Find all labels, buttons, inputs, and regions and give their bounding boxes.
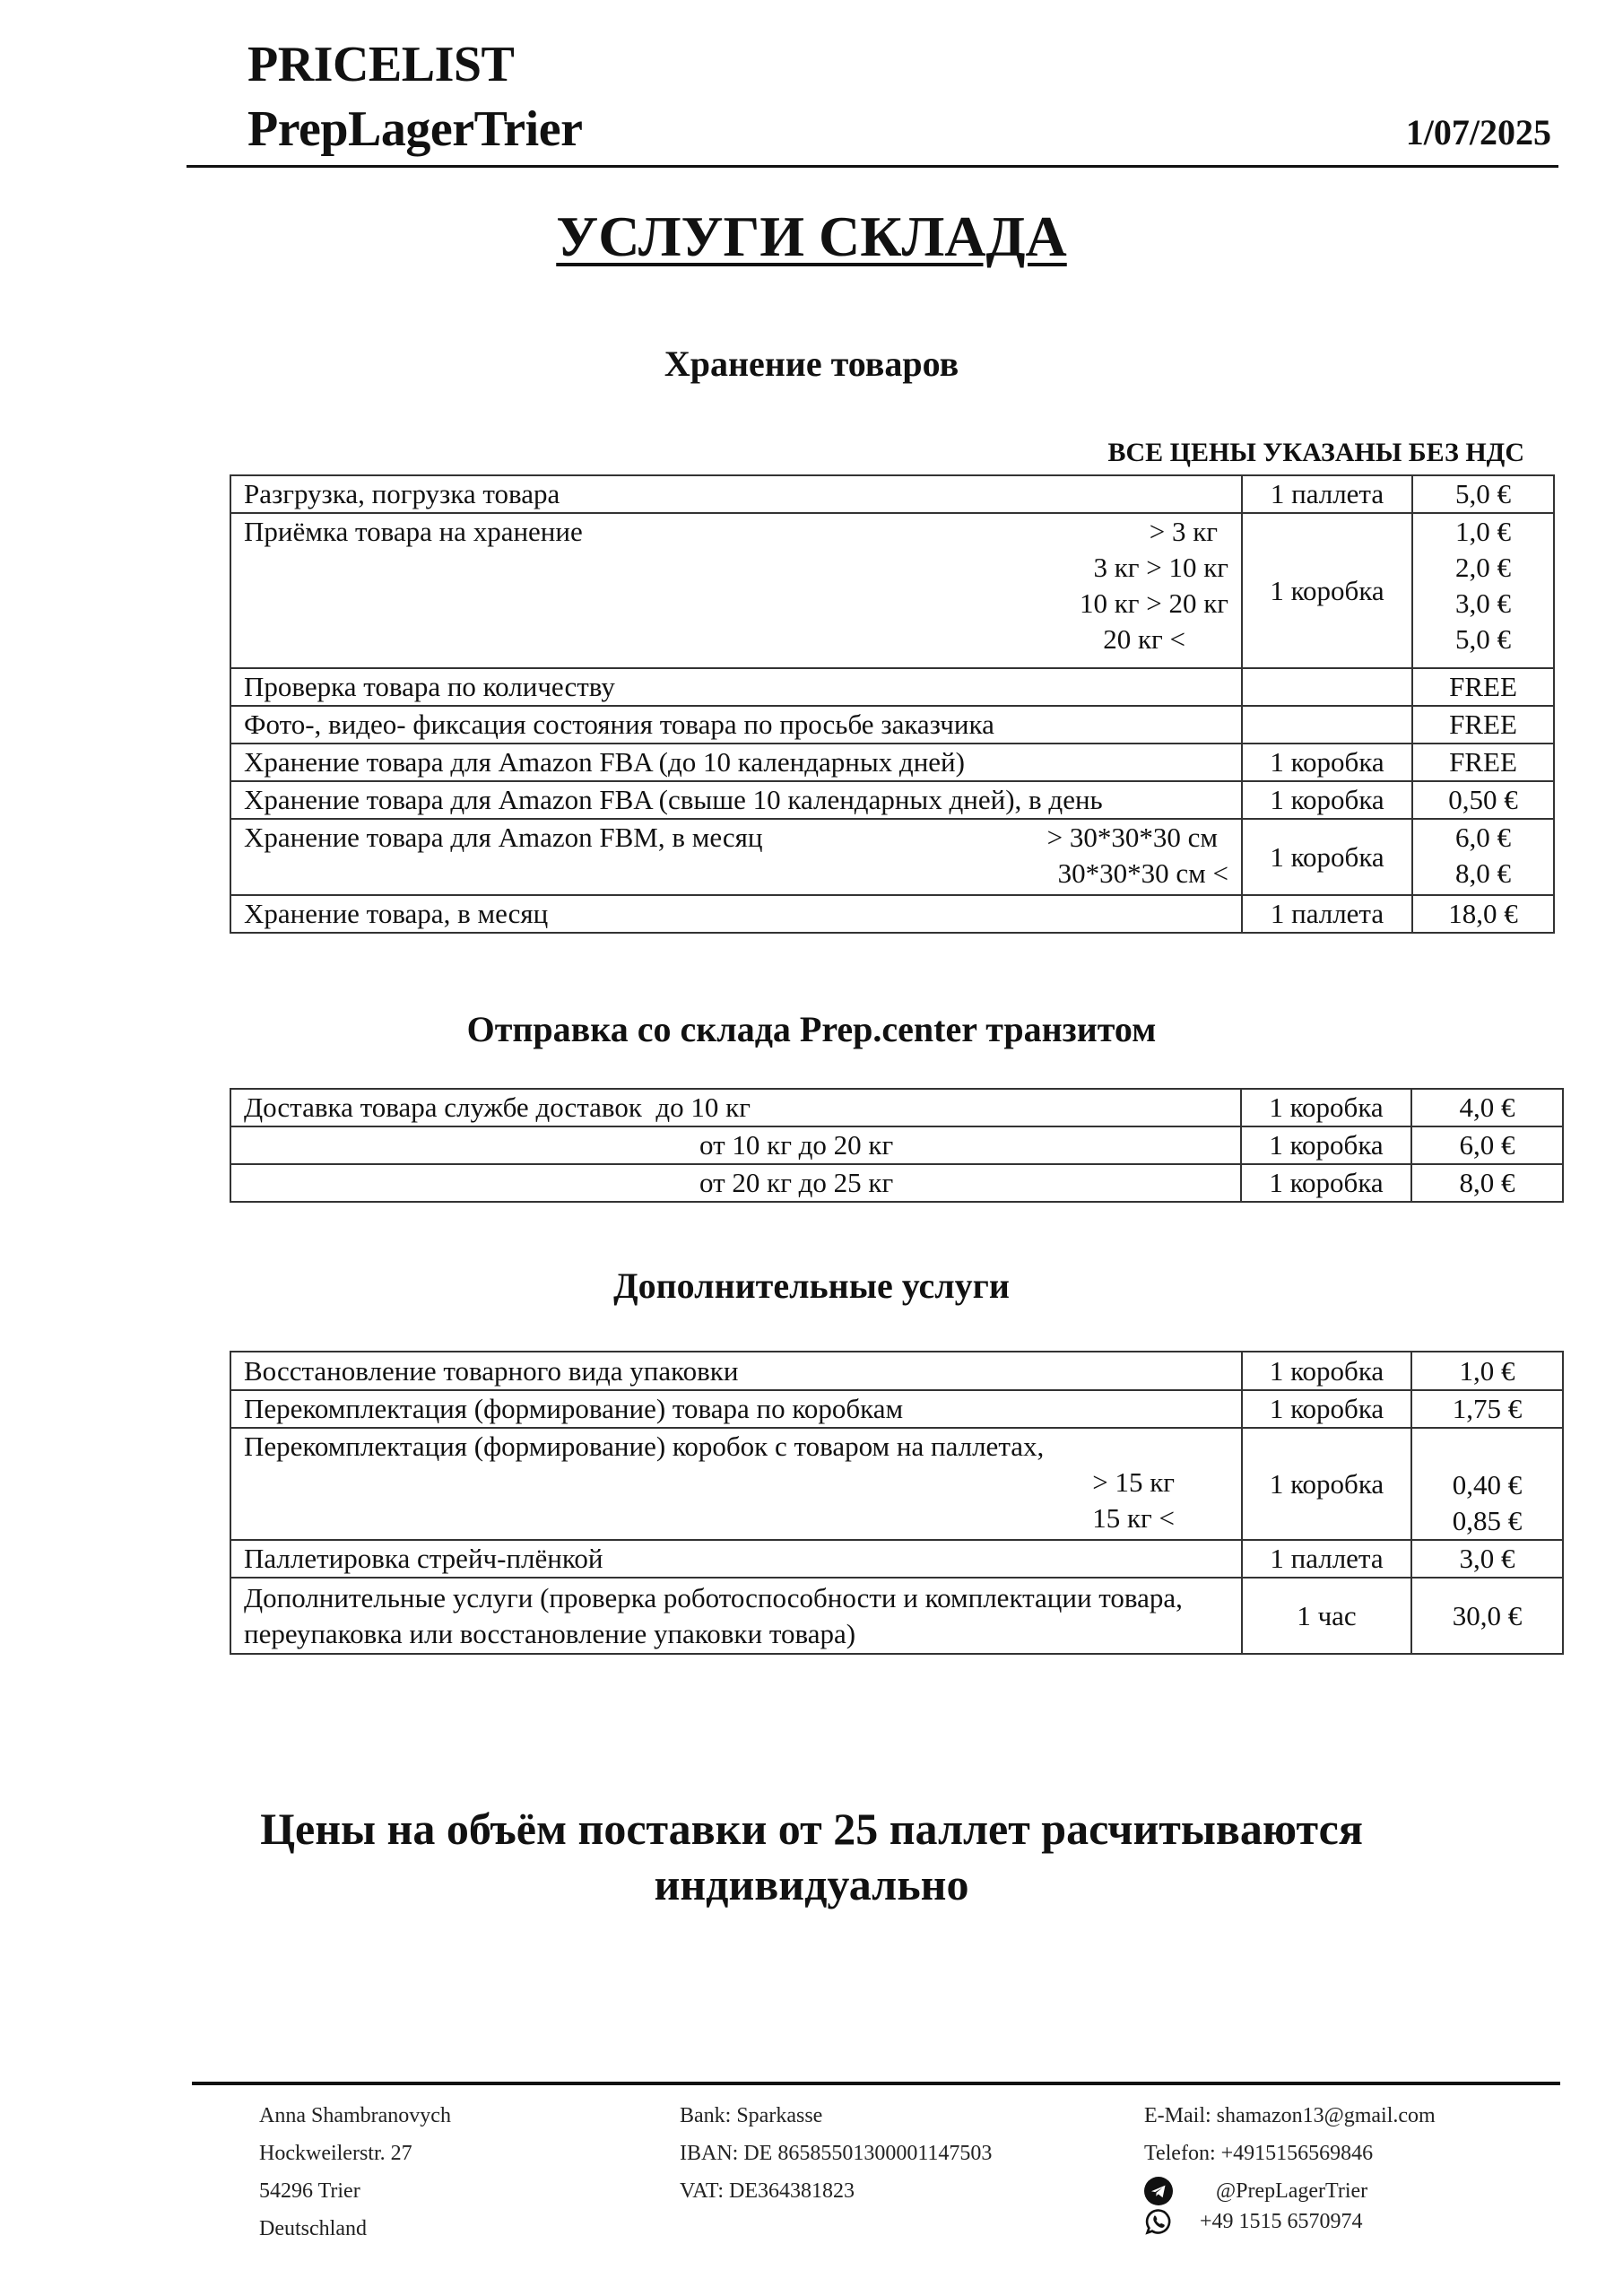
row-price: 4,0 € xyxy=(1411,1089,1563,1126)
size-tier: > 30*30*30 см xyxy=(1047,820,1228,856)
tier-price: 2,0 € xyxy=(1426,550,1541,586)
contact-name: Anna Shambranovych xyxy=(259,2097,451,2135)
row-description: Хранение товара для Amazon FBA (до 10 ка… xyxy=(230,744,1242,781)
main-heading: УСЛУГИ СКЛАДА xyxy=(0,208,1623,265)
telegram-icon xyxy=(1144,2177,1173,2205)
tier-price: 0,85 € xyxy=(1425,1503,1549,1539)
weight-tier: > 3 кг xyxy=(1080,514,1228,550)
tier-price: 6,0 € xyxy=(1426,820,1541,856)
email-link[interactable]: E-Mail: shamazon13@gmail.com xyxy=(1144,2097,1436,2135)
storage-price-table: Разгрузка, погрузка товара 1 паллета 5,0… xyxy=(230,474,1555,934)
row-unit: 1 коробка xyxy=(1242,1390,1411,1428)
row-unit: 1 коробка xyxy=(1242,1428,1411,1540)
table-row: Хранение товара, в месяц 1 паллета 18,0 … xyxy=(230,895,1554,933)
table-row: Хранение товара для Amazon FBA (свыше 10… xyxy=(230,781,1554,819)
company-name: PrepLagerTrier xyxy=(247,104,582,154)
table-row: Приёмка товара на хранение > 3 кг 3 кг >… xyxy=(230,513,1554,668)
row-unit: 1 коробка xyxy=(1242,781,1412,819)
row-price: 1,75 € xyxy=(1411,1390,1563,1428)
row-description: Перекомплектация (формирование) коробок … xyxy=(230,1428,1242,1540)
row-price: 0,50 € xyxy=(1412,781,1554,819)
row-price: FREE xyxy=(1412,744,1554,781)
table-row: Проверка товара по количеству FREE xyxy=(230,668,1554,706)
weight-tier: 20 кг < xyxy=(1080,622,1228,657)
table-row: Хранение товара для Amazon FBM, в месяц … xyxy=(230,819,1554,895)
iban: IBAN: DE 86585501300001147503 xyxy=(680,2135,992,2172)
row-unit: 1 коробка xyxy=(1242,744,1412,781)
country: Deutschland xyxy=(259,2210,451,2248)
size-tier: 30*30*30 см < xyxy=(1047,856,1228,891)
section-title-shipping: Отправка со склада Prep.center транзитом xyxy=(0,1012,1623,1048)
table-row: Фото-, видео- фиксация состояния товара … xyxy=(230,706,1554,744)
row-price: 8,0 € xyxy=(1411,1164,1563,1202)
footer-bank: Bank: Sparkasse IBAN: DE 865855013000011… xyxy=(680,2097,992,2210)
tier-price: 0,40 € xyxy=(1425,1467,1549,1503)
table-row: Разгрузка, погрузка товара 1 паллета 5,0… xyxy=(230,475,1554,513)
section-title-storage: Хранение товаров xyxy=(0,346,1623,382)
row-price: 6,0 € xyxy=(1411,1126,1563,1164)
whatsapp-icon xyxy=(1144,2207,1173,2236)
table-row: Хранение товара для Amazon FBA (до 10 ка… xyxy=(230,744,1554,781)
footer-divider xyxy=(192,2082,1560,2085)
bulk-pricing-note: Цены на объём поставки от 25 паллет расч… xyxy=(0,1801,1623,1912)
row-price: FREE xyxy=(1412,706,1554,744)
row-description: от 20 кг до 25 кг xyxy=(230,1164,1241,1202)
row-unit: 1 коробка xyxy=(1241,1164,1411,1202)
row-unit: 1 паллета xyxy=(1242,475,1412,513)
table-row: Перекомплектация (формирование) коробок … xyxy=(230,1428,1563,1540)
bulk-note-line: индивидуально xyxy=(0,1857,1623,1912)
table-row: Доставка товара службе доставок до 10 кг… xyxy=(230,1089,1563,1126)
row-price: 30,0 € xyxy=(1411,1578,1563,1654)
vat-note: ВСЕ ЦЕНЫ УКАЗАНЫ БЕЗ НДС xyxy=(1108,439,1525,466)
row-description: Перекомплектация (формирование) товара п… xyxy=(230,1390,1242,1428)
weight-tier: 10 кг > 20 кг xyxy=(1080,586,1228,622)
row-unit: 1 коробка xyxy=(1242,513,1412,668)
telegram-contact[interactable]: @PrepLagerTrier xyxy=(1144,2176,1436,2206)
row-price: 6,0 € 8,0 € xyxy=(1412,819,1554,895)
row-price: 18,0 € xyxy=(1412,895,1554,933)
tier-price: 3,0 € xyxy=(1426,586,1541,622)
row-price: 5,0 € xyxy=(1412,475,1554,513)
extra-price-table: Восстановление товарного вида упаковки 1… xyxy=(230,1351,1564,1655)
weight-tier: 3 кг > 10 кг xyxy=(1080,550,1228,586)
whatsapp-number: +49 1515 6570974 xyxy=(1182,2206,1363,2237)
row-description-text: Перекомплектация (формирование) коробок … xyxy=(244,1429,1228,1465)
row-description: Фото-, видео- фиксация состояния товара … xyxy=(230,706,1242,744)
weight-range: от 20 кг до 25 кг xyxy=(244,1165,1228,1201)
row-price: 0,40 € 0,85 € xyxy=(1411,1428,1563,1540)
bulk-note-line: Цены на объём поставки от 25 паллет расч… xyxy=(0,1801,1623,1857)
row-unit xyxy=(1242,706,1412,744)
table-row: от 20 кг до 25 кг 1 коробка 8,0 € xyxy=(230,1164,1563,1202)
row-description: Хранение товара, в месяц xyxy=(230,895,1242,933)
whatsapp-contact[interactable]: +49 1515 6570974 xyxy=(1144,2206,1436,2237)
row-price: 1,0 € xyxy=(1411,1352,1563,1390)
vat-id: VAT: DE364381823 xyxy=(680,2172,992,2210)
table-row: Дополнительные услуги (проверка роботосп… xyxy=(230,1578,1563,1654)
weight-range: от 10 кг до 20 кг xyxy=(244,1127,1228,1163)
row-unit: 1 коробка xyxy=(1241,1126,1411,1164)
weight-tier: > 15 кг xyxy=(244,1465,1175,1500)
row-unit: 1 паллета xyxy=(1242,895,1412,933)
row-unit: 1 коробка xyxy=(1242,1352,1411,1390)
table-row: Паллетировка стрейч-плёнкой 1 паллета 3,… xyxy=(230,1540,1563,1578)
row-description: Проверка товара по количеству xyxy=(230,668,1242,706)
weight-tier: 15 кг < xyxy=(244,1500,1175,1536)
row-price: 1,0 € 2,0 € 3,0 € 5,0 € xyxy=(1412,513,1554,668)
table-row: Перекомплектация (формирование) товара п… xyxy=(230,1390,1563,1428)
document-date: 1/07/2025 xyxy=(1406,115,1551,151)
table-row: Восстановление товарного вида упаковки 1… xyxy=(230,1352,1563,1390)
row-unit: 1 час xyxy=(1242,1578,1411,1654)
row-description: Приёмка товара на хранение > 3 кг 3 кг >… xyxy=(230,513,1242,668)
street-address: Hockweilerstr. 27 xyxy=(259,2135,451,2172)
city: 54296 Trier xyxy=(259,2172,451,2210)
footer-address: Anna Shambranovych Hockweilerstr. 27 542… xyxy=(259,2097,451,2248)
row-description-text: Приёмка товара на хранение xyxy=(244,514,583,657)
table-row: от 10 кг до 20 кг 1 коробка 6,0 € xyxy=(230,1126,1563,1164)
row-description: Хранение товара для Amazon FBA (свыше 10… xyxy=(230,781,1242,819)
phone-number[interactable]: Telefon: +4915156569846 xyxy=(1144,2135,1436,2172)
tier-price: 1,0 € xyxy=(1426,514,1541,550)
tier-price: 8,0 € xyxy=(1426,856,1541,891)
row-unit xyxy=(1242,668,1412,706)
shipping-price-table: Доставка товара службе доставок до 10 кг… xyxy=(230,1088,1564,1203)
footer-contact: E-Mail: shamazon13@gmail.com Telefon: +4… xyxy=(1144,2097,1436,2237)
row-price: 3,0 € xyxy=(1411,1540,1563,1578)
row-unit: 1 паллета xyxy=(1242,1540,1411,1578)
bank-name: Bank: Sparkasse xyxy=(680,2097,992,2135)
row-description: Разгрузка, погрузка товара xyxy=(230,475,1242,513)
row-description: Хранение товара для Amazon FBM, в месяц … xyxy=(230,819,1242,895)
row-description: Доставка товара службе доставок до 10 кг xyxy=(230,1089,1241,1126)
row-description: Восстановление товарного вида упаковки xyxy=(230,1352,1242,1390)
document-title: PRICELIST xyxy=(247,39,514,90)
row-description: от 10 кг до 20 кг xyxy=(230,1126,1241,1164)
row-price: FREE xyxy=(1412,668,1554,706)
row-unit: 1 коробка xyxy=(1242,819,1412,895)
telegram-handle: @PrepLagerTrier xyxy=(1182,2176,1367,2206)
row-description-text: Хранение товара для Amazon FBM, в месяц xyxy=(244,820,762,891)
row-description: Паллетировка стрейч-плёнкой xyxy=(230,1540,1242,1578)
header-divider xyxy=(187,165,1558,168)
section-title-extra: Дополнительные услуги xyxy=(0,1268,1623,1304)
row-description: Дополнительные услуги (проверка роботосп… xyxy=(230,1578,1242,1654)
tier-price: 5,0 € xyxy=(1426,622,1541,657)
row-unit: 1 коробка xyxy=(1241,1089,1411,1126)
